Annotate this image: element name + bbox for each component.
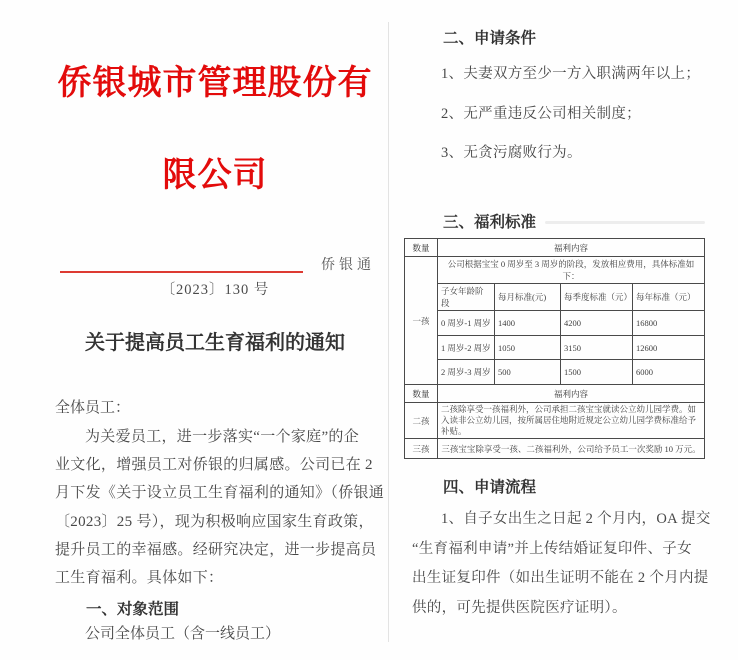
process-line: 1、自子女出生之日起 2 个月内，OA 提交 (412, 505, 714, 535)
section-standards-heading: 三、福利标准 (412, 212, 714, 234)
second-child-note: 二孩除享受一孩福利外，公司承担二孩宝宝就读公立幼儿园学费。如入读非公立幼儿园，按… (438, 403, 705, 439)
intro-line: 工生育福利。具体如下： (55, 564, 375, 592)
quantity-header-cell: 数量 (405, 385, 438, 403)
page-fold-divider (388, 22, 389, 642)
process-line: “生育福利申请”并上传结婚证复印件、子女 (412, 535, 714, 565)
document-number: 〔2023〕130 号 (55, 280, 375, 300)
intro-line: 为关爱员工，进一步落实“一个家庭”的企 (55, 423, 375, 451)
section-scope-heading: 一、对象范围 (55, 598, 375, 622)
monthly-amount-cell: 1400 (495, 311, 561, 336)
third-child-row: 三孩 三孩宝宝除享受一孩、二孩福利外，公司给予员工一次奖励 10 万元。 (405, 439, 705, 459)
content-header-cell: 福利内容 (438, 385, 705, 403)
table-header-row: 数量 福利内容 (405, 239, 705, 257)
process-line: 供的，可先提供医院医疗证明）。 (412, 594, 714, 624)
table-header-row: 数量 福利内容 (405, 385, 705, 403)
process-line: 出生证复印件（如出生证明不能在 2 个月内提 (412, 564, 714, 594)
intro-paragraph: 为关爱员工，进一步落实“一个家庭”的企 业文化，增强员工对侨银的归属感。公司已在… (55, 423, 375, 592)
second-child-label: 二孩 (405, 403, 438, 439)
benefit-row: 0 周岁-1 周岁 1400 4200 16800 (405, 311, 705, 336)
age-columns-header-row: 子女年龄阶段 每月标准(元) 每季度标准（元） 每年标准（元） (405, 284, 705, 311)
salutation: 全体员工： (55, 396, 375, 420)
age-column-header: 子女年龄阶段 (438, 284, 495, 311)
benefit-row: 1 周岁-2 周岁 1050 3150 12600 (405, 336, 705, 360)
left-page-column: 侨银城市管理股份有 限公司 侨银通 〔2023〕130 号 关于提高员工生育福利… (55, 0, 375, 660)
quarterly-column-header: 每季度标准（元） (561, 284, 633, 311)
company-name-line1: 侨银城市管理股份有 (55, 38, 375, 130)
document-title: 关于提高员工生育福利的通知 (55, 328, 375, 358)
section-scope-body: 公司全体员工（含一线员工） (55, 622, 375, 646)
yearly-column-header: 每年标准（元） (633, 284, 705, 311)
letterhead-row: 侨银通 (55, 252, 375, 280)
company-name: 侨银城市管理股份有 限公司 (55, 38, 375, 222)
quarterly-amount-cell: 1500 (561, 360, 633, 385)
intro-line: 业文化，增强员工对侨银的归属感。公司已在 2 (55, 451, 375, 479)
intro-line: 〔2023〕25 号），现为积极响应国家生育政策， (55, 508, 375, 536)
benefit-row: 2 周岁-3 周岁 500 1500 6000 (405, 360, 705, 385)
first-child-note: 公司根据宝宝 0 周岁至 3 周岁的阶段，发放相应费用，具体标准如下： (438, 257, 705, 284)
monthly-column-header: 每月标准(元) (495, 284, 561, 311)
section-conditions-heading: 二、申请条件 (412, 28, 714, 50)
red-rule (60, 271, 303, 273)
section-process-heading: 四、申请流程 (412, 477, 714, 499)
process-paragraph: 1、自子女出生之日起 2 个月内，OA 提交 “生育福利申请”并上传结婚证复印件… (412, 505, 714, 623)
intro-line: 提升员工的幸福感。经研究决定，进一步提高员 (55, 536, 375, 564)
company-name-line2: 限公司 (55, 130, 375, 222)
condition-item: 3、无贪污腐败行为。 (412, 141, 714, 165)
benefits-table: 数量 福利内容 一孩 公司根据宝宝 0 周岁至 3 周岁的阶段，发放相应费用，具… (404, 238, 705, 459)
quarterly-amount-cell: 4200 (561, 311, 633, 336)
yearly-amount-cell: 6000 (633, 360, 705, 385)
intro-line: 月下发《关于设立员工生育福利的通知》（侨银通 (55, 479, 375, 507)
condition-item: 2、无严重违反公司相关制度； (412, 102, 714, 126)
age-range-cell: 2 周岁-3 周岁 (438, 360, 495, 385)
second-child-row: 二孩 二孩除享受一孩福利外，公司承担二孩宝宝就读公立幼儿园学费。如入读非公立幼儿… (405, 403, 705, 439)
first-child-label: 一孩 (405, 257, 438, 385)
monthly-amount-cell: 500 (495, 360, 561, 385)
first-child-note-row: 一孩 公司根据宝宝 0 周岁至 3 周岁的阶段，发放相应费用，具体标准如下： (405, 257, 705, 284)
monthly-amount-cell: 1050 (495, 336, 561, 360)
yearly-amount-cell: 12600 (633, 336, 705, 360)
third-child-label: 三孩 (405, 439, 438, 459)
quarterly-amount-cell: 3150 (561, 336, 633, 360)
right-page-column: 二、申请条件 1、夫妻双方至少一方入职满两年以上； 2、无严重违反公司相关制度；… (412, 0, 714, 623)
quantity-header-cell: 数量 (405, 239, 438, 257)
condition-item: 1、夫妻双方至少一方入职满两年以上； (412, 62, 714, 86)
yearly-amount-cell: 16800 (633, 311, 705, 336)
age-range-cell: 1 周岁-2 周岁 (438, 336, 495, 360)
content-header-cell: 福利内容 (438, 239, 705, 257)
third-child-note: 三孩宝宝除享受一孩、二孩福利外，公司给予员工一次奖励 10 万元。 (438, 439, 705, 459)
age-range-cell: 0 周岁-1 周岁 (438, 311, 495, 336)
issuer-label: 侨银通 (321, 254, 375, 274)
notice-document-page: 侨银城市管理股份有 限公司 侨银通 〔2023〕130 号 关于提高员工生育福利… (0, 0, 738, 660)
